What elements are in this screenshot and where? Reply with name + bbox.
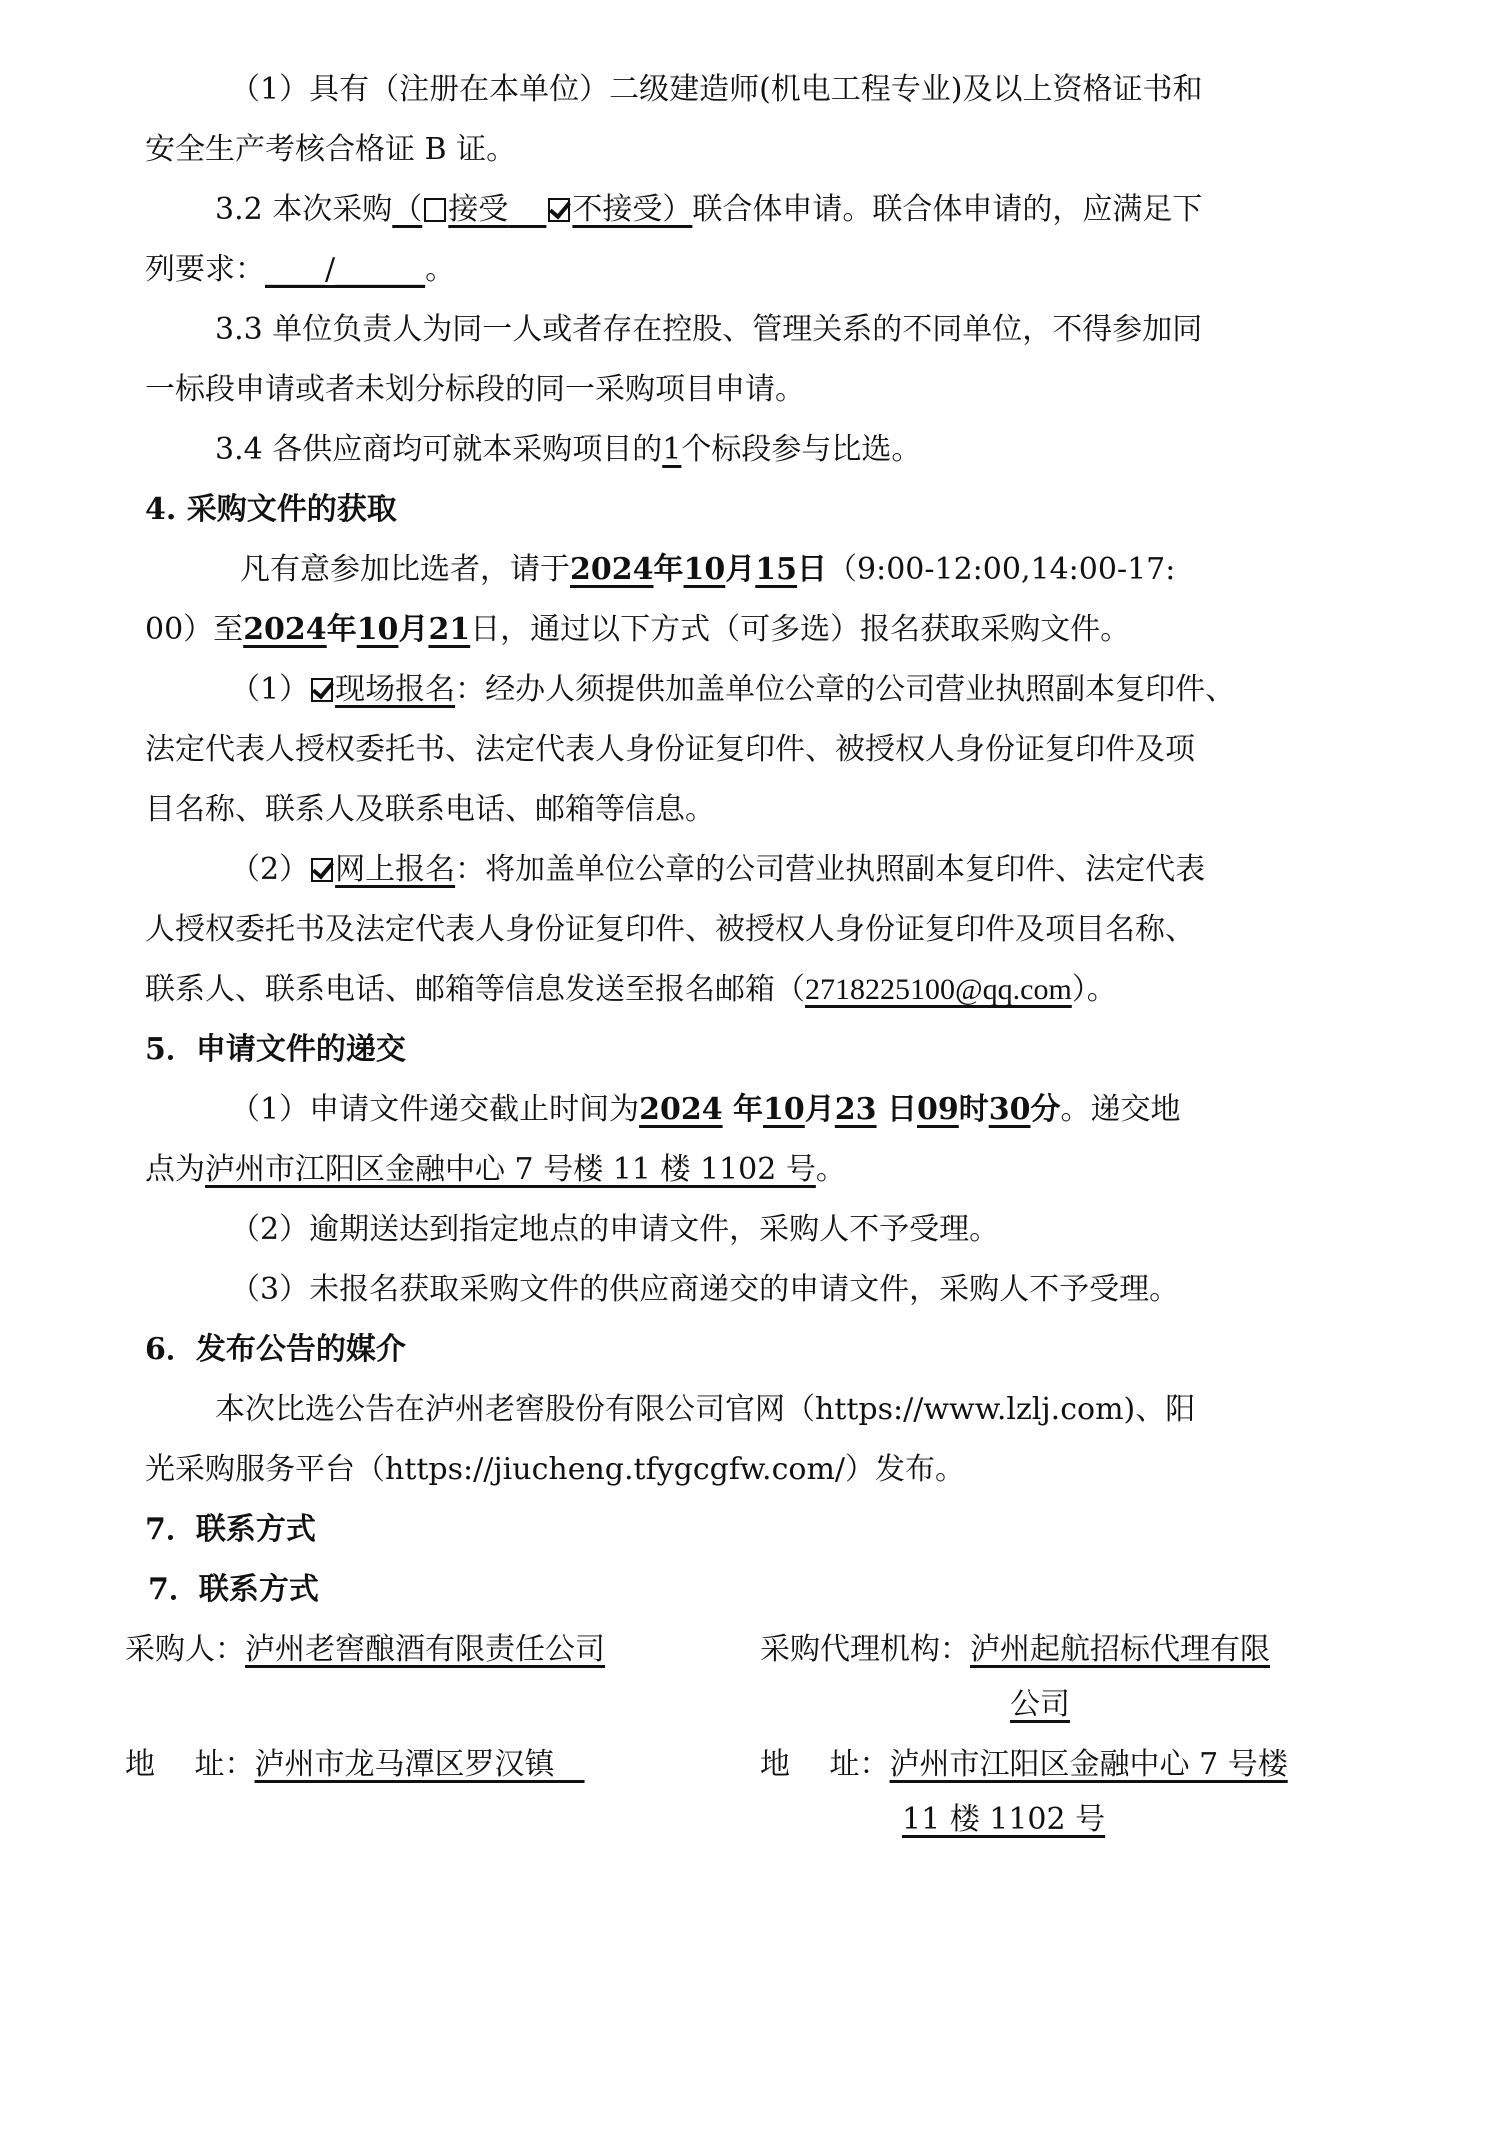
- checkbox-checked-icon[interactable]: [311, 678, 333, 702]
- item-number: （1）: [230, 672, 309, 707]
- clause-number-text: 3.2 本次采购: [215, 192, 392, 227]
- deadline-text: （1）申请文件递交截止时间为: [230, 1092, 639, 1127]
- agency-name-line1: 泸州起航招标代理有限: [970, 1632, 1270, 1667]
- onsite-registration-line3: 目名称、联系人及联系电话、邮箱等信息。: [145, 790, 1375, 830]
- section-7-heading-duplicate: 7．联系方式: [148, 1570, 1378, 1610]
- requirement-item-1-line2: 安全生产考核合格证 B 证。: [145, 130, 1375, 170]
- purchaser-row: 采购人：泸州老窖酿酒有限责任公司: [125, 1630, 605, 1670]
- deadline-hour: 09: [917, 1092, 959, 1127]
- onsite-registration-option[interactable]: 现场报名: [309, 672, 455, 707]
- start-year: 2024: [570, 552, 654, 587]
- registration-email-link[interactable]: 2718225100@qq.com: [805, 973, 1072, 1006]
- agency-name-line2: 公司: [1010, 1685, 1070, 1725]
- period: 。: [816, 1152, 846, 1187]
- year-label: 年: [723, 1092, 763, 1127]
- online-registration-line1: （2）网上报名：将加盖单位公章的公司营业执照副本复印件、法定代表: [230, 850, 1460, 890]
- purchaser-address-label: 地 址：: [125, 1747, 255, 1782]
- online-label: 网上报名: [335, 852, 455, 887]
- end-day: 21: [428, 612, 470, 647]
- purchaser-name: 泸州老窖酿酒有限责任公司: [245, 1632, 605, 1667]
- section-4-heading: 4. 采购文件的获取: [145, 490, 1375, 530]
- checkbox-checked-icon[interactable]: [311, 858, 333, 882]
- methods-text: 日，通过以下方式（可多选）报名获取采购文件。: [470, 612, 1130, 647]
- location-prefix: 。递交地: [1061, 1092, 1181, 1127]
- deadline-line2: 点为泸州市江阳区金融中心 7 号楼 11 楼 1102 号。: [145, 1150, 1375, 1190]
- agency-label: 采购代理机构：: [760, 1632, 970, 1667]
- requirements-label: 列要求：: [145, 252, 265, 287]
- end-year: 2024: [243, 612, 327, 647]
- purchaser-address-row: 地 址：泸州市龙马潭区罗汉镇: [125, 1745, 585, 1785]
- start-month: 10: [684, 552, 726, 587]
- agency-address-line1: 泸州市江阳区金融中心 7 号楼: [890, 1747, 1288, 1782]
- deadline-year: 2024: [639, 1092, 723, 1127]
- year-label: 年: [654, 552, 684, 587]
- onsite-label: 现场报名: [335, 672, 455, 707]
- clause-3-4-suffix: 个标段参与比选。: [681, 432, 921, 467]
- hour-label: 时: [959, 1092, 989, 1127]
- month-label: 月: [398, 612, 428, 647]
- acquisition-period-line1: 凡有意参加比选者，请于2024年10月15日（9:00-12:00,14:00-…: [240, 550, 1470, 590]
- reject-label: 不接受）: [572, 192, 692, 227]
- clause-3-4-text: 3.4 各供应商均可就本采购项目的: [215, 432, 662, 467]
- year-label: 年: [327, 612, 357, 647]
- agency-address-label: 地 址：: [760, 1747, 890, 1782]
- start-day: 15: [755, 552, 797, 587]
- submission-address: 泸州市江阳区金融中心 7 号楼 11 楼 1102 号: [205, 1152, 816, 1187]
- accept-label: 接受: [448, 192, 508, 227]
- minute-label: 分: [1031, 1092, 1061, 1127]
- consortium-clause-line2: 列要求：____/______。: [145, 250, 1375, 290]
- requirement-item-1-line1: （1）具有（注册在本单位）二级建造师(机电工程专业)及以上资格证书和: [230, 70, 1460, 110]
- purchaser-label: 采购人：: [125, 1632, 245, 1667]
- media-line2: 光采购服务平台（https://jiucheng.tfygcgfw.com/）发…: [145, 1450, 1375, 1490]
- online-registration-option[interactable]: 网上报名: [309, 852, 455, 887]
- agency-address-row: 地 址：泸州市江阳区金融中心 7 号楼: [760, 1745, 1288, 1785]
- open-paren: （: [392, 192, 422, 227]
- location-label: 点为: [145, 1152, 205, 1187]
- email-prefix: 联系人、联系电话、邮箱等信息发送至报名邮箱（: [145, 972, 805, 1007]
- checkbox-accept-icon[interactable]: [424, 198, 446, 222]
- month-label: 月: [725, 552, 755, 587]
- acquisition-period-line2: 00）至2024年10月21日，通过以下方式（可多选）报名获取采购文件。: [145, 610, 1375, 650]
- online-registration-line3: 联系人、联系电话、邮箱等信息发送至报名邮箱（2718225100@qq.com）…: [145, 970, 1375, 1010]
- agency-address-line2: 11 楼 1102 号: [902, 1800, 1105, 1840]
- checkbox-reject-checked-icon[interactable]: [548, 198, 570, 222]
- to-text: 00）至: [145, 612, 243, 647]
- acquisition-text: 凡有意参加比选者，请于: [240, 552, 570, 587]
- section-7-heading: 7．联系方式: [145, 1510, 1375, 1550]
- consortium-clause-line1: 3.2 本次采购（接受 不接受）联合体申请。联合体申请的，应满足下: [215, 190, 1445, 230]
- clause-3-4: 3.4 各供应商均可就本采购项目的1个标段参与比选。: [215, 430, 1445, 470]
- deadline-day: 23: [835, 1092, 877, 1127]
- onsite-registration-line2: 法定代表人授权委托书、法定代表人身份证复印件、被授权人身份证复印件及项: [145, 730, 1375, 770]
- purchaser-address: 泸州市龙马潭区罗汉镇: [255, 1747, 585, 1782]
- online-registration-line2: 人授权委托书及法定代表人身份证复印件、被授权人身份证复印件及项目名称、: [145, 910, 1375, 950]
- deadline-minute: 30: [989, 1092, 1031, 1127]
- consortium-text: 联合体申请。联合体申请的，应满足下: [692, 192, 1202, 227]
- onsite-text: ：经办人须提供加盖单位公章的公司营业执照副本复印件、: [455, 672, 1235, 707]
- onsite-registration-line1: （1）现场报名：经办人须提供加盖单位公章的公司营业执照副本复印件、: [230, 670, 1460, 710]
- deadline-line1: （1）申请文件递交截止时间为2024 年10月23 日09时30分。递交地: [230, 1090, 1460, 1130]
- period: 。: [425, 252, 455, 287]
- section-5-heading: 5．申请文件的递交: [145, 1030, 1375, 1070]
- hours-text: （9:00-12:00,14:00-17:: [827, 552, 1175, 587]
- consortium-options: （接受 不接受）: [392, 192, 692, 227]
- lot-count: 1: [662, 432, 681, 467]
- deadline-month: 10: [763, 1092, 805, 1127]
- document-page: （1）具有（注册在本单位）二级建造师(机电工程专业)及以上资格证书和 安全生产考…: [0, 0, 1500, 2138]
- month-label: 月: [805, 1092, 835, 1127]
- clause-3-3-line2: 一标段申请或者未划分标段的同一采购项目申请。: [145, 370, 1375, 410]
- email-suffix: ）。: [1072, 972, 1117, 1007]
- day-label: 日: [877, 1092, 917, 1127]
- media-line1: 本次比选公告在泸州老窖股份有限公司官网（https://www.lzlj.com…: [215, 1390, 1445, 1430]
- late-submission-note: （2）逾期送达到指定地点的申请文件，采购人不予受理。: [230, 1210, 1460, 1250]
- end-month: 10: [357, 612, 399, 647]
- item-number: （2）: [230, 852, 309, 887]
- clause-3-3-line1: 3.3 单位负责人为同一人或者存在控股、管理关系的不同单位，不得参加同: [215, 310, 1445, 350]
- online-text: ：将加盖单位公章的公司营业执照副本复印件、法定代表: [455, 852, 1205, 887]
- day-label: 日: [797, 552, 827, 587]
- section-6-heading: 6．发布公告的媒介: [145, 1330, 1375, 1370]
- unregistered-note: （3）未报名获取采购文件的供应商递交的申请文件，采购人不予受理。: [230, 1270, 1460, 1310]
- requirements-blank: ____/______: [265, 252, 425, 287]
- agency-row: 采购代理机构：泸州起航招标代理有限: [760, 1630, 1270, 1670]
